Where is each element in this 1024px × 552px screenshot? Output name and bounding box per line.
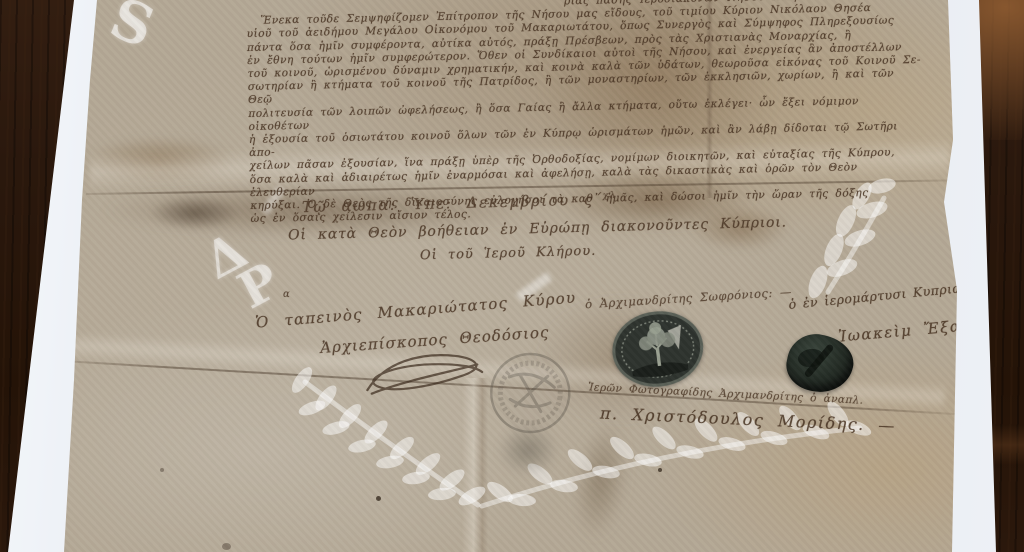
watermark-letter-s: S	[101, 0, 163, 61]
watermark-letter-rho: Ρ	[228, 251, 289, 321]
manuscript-photo-scene: S Δ Ρ ρίας πάσης Ἱεροδιακόνων Νήσου Κύπρ…	[0, 0, 1024, 552]
stamp-smudge	[498, 424, 558, 476]
fold-crease-vertical	[462, 378, 488, 552]
paper-speck	[658, 468, 662, 472]
paper-speck	[376, 496, 381, 501]
tree-seal	[607, 305, 708, 398]
manuscript-paper: S Δ Ρ ρίας πάσης Ἱεροδιακόνων Νήσου Κύπρ…	[0, 0, 1024, 552]
paper-stain	[566, 417, 636, 544]
signature-superscript: α	[283, 289, 290, 300]
watermark-letter-delta: Δ	[194, 220, 256, 290]
paper-speck	[222, 543, 231, 550]
paper-stain	[150, 196, 240, 230]
tree-seal-emblem	[607, 305, 708, 394]
paper-speck	[160, 468, 164, 472]
valediction-line-2: Οἱ τοῦ Ἱεροῦ Κλήρου.	[420, 244, 597, 264]
date-superscript: χλ	[603, 191, 617, 201]
